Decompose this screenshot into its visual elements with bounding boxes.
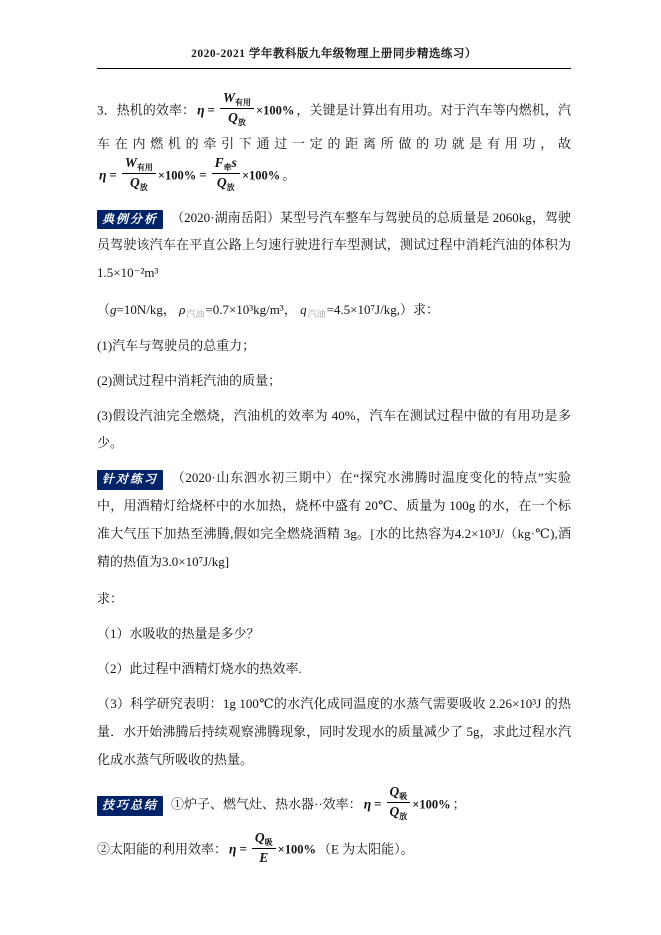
formula-stove-efficiency: η=Q吸Q放×100%: [364, 787, 451, 824]
fraction-denominator: Q放: [220, 109, 254, 127]
work-subscript: 有用: [137, 163, 153, 172]
calorific-subscript-gasoline: 汽油: [307, 309, 327, 319]
work-symbol: W: [125, 155, 137, 170]
question-text: （2）此过程中酒精灯烧水的热效率.: [97, 661, 302, 676]
fraction: Q吸Q放: [387, 785, 411, 822]
page-header: 2020-2021 学年教科版九年级物理上册同步精选练习）: [97, 45, 571, 69]
technique-summary-badge: 技巧总结: [97, 796, 163, 815]
equals-sign: =: [106, 167, 119, 182]
example-question-2: (2)测试过程中消耗汽油的质量；: [97, 367, 571, 395]
heat-subscript: 放: [140, 183, 148, 192]
times-100-percent: ×100%: [256, 103, 294, 117]
paragraph-heat-engine-efficiency: 3．热机的效率：η=W有用Q放×100%，关键是计算出有用功。对于汽车等内燃机，…: [97, 93, 571, 195]
fraction-numerator: Q吸: [387, 785, 411, 803]
heat-symbol: Q: [130, 175, 140, 190]
fraction-denominator: E: [252, 849, 276, 865]
practice-question-1: （1）水吸收的热量是多少？: [97, 620, 571, 648]
given-open: （: [97, 302, 110, 317]
practice-question-3: （3）科学研究表明：1g 100℃的水汽化成同温度的水蒸气需要吸收 2.26×1…: [97, 690, 571, 774]
absorbed-subscript: 吸: [399, 792, 407, 801]
formula-solar-efficiency: η=Q吸E×100%: [229, 833, 316, 868]
times-100-percent: ×100%: [278, 842, 316, 856]
calorific-value: =4.5×10⁷J/kg,）: [327, 302, 413, 317]
example-analysis-badge: 典例分析: [97, 210, 163, 229]
calorific-symbol: q: [300, 302, 307, 317]
eta-symbol: η: [364, 796, 371, 811]
fraction: W有用Q放: [122, 156, 156, 193]
traction-force-symbol: F: [215, 155, 224, 170]
document-page: 2020-2021 学年教科版九年级物理上册同步精选练习） 3．热机的效率：η=…: [0, 0, 661, 935]
work-symbol: W: [223, 90, 235, 105]
question-text: （3）科学研究表明：1g 100℃的水汽化成同温度的水蒸气需要吸收 2.26×1…: [97, 696, 571, 767]
equals-sign: =: [236, 841, 249, 856]
heat-subscript: 放: [227, 183, 235, 192]
heat-released-symbol: Q: [390, 804, 400, 819]
solar-energy-symbol: E: [259, 850, 268, 865]
heat-absorbed-symbol: Q: [390, 784, 400, 799]
paragraph-practice: 针对练习（2020·山东泗水初三期中）在“探究水沸腾时温度变化的特点”实验中，用…: [97, 464, 571, 576]
formula-efficiency-2: η=W有用Q放×100%=F牵sQ放×100%: [99, 158, 280, 195]
targeted-practice-badge: 针对练习: [97, 470, 163, 489]
heat-symbol: Q: [228, 110, 238, 125]
tip2-tail: （E 为太阳能）。: [318, 841, 414, 856]
paragraph-example: 典例分析（2020·湖南岳阳）某型号汽车整车与驾驶员的总质量是 2060kg，驾…: [97, 204, 571, 288]
practice-question-2: （2）此过程中酒精灯烧水的热效率.: [97, 655, 571, 683]
fraction-numerator: F牵s: [212, 156, 240, 174]
example-given-values: （g=10N/kg， ρ汽油=0.7×10³kg/m³， q汽油=4.5×10⁷…: [97, 296, 571, 324]
ask-label: 求：: [97, 591, 123, 606]
paragraph-tips-2: ②太阳能的利用效率：η=Q吸E×100%（E 为太阳能）。: [97, 833, 571, 868]
fraction-denominator: Q放: [212, 174, 240, 192]
page-content: 2020-2021 学年教科版九年级物理上册同步精选练习） 3．热机的效率：η=…: [0, 0, 661, 867]
example-question-3: (3)假设汽油完全燃烧，汽油机的效率为 40%，汽车在测试过程中做的有用功是多少…: [97, 402, 571, 458]
fraction-denominator: Q放: [122, 174, 156, 192]
fraction: W有用Q放: [220, 91, 254, 128]
fraction-numerator: W有用: [122, 156, 156, 174]
density-value: =0.7×10³kg/m³，: [205, 302, 296, 317]
paragraph-tips-1: 技巧总结①炉子、燃气灶、热水器··效率：η=Q吸Q放×100%；: [97, 787, 571, 824]
practice-ask: 求：: [97, 585, 571, 613]
tip2-lead: ②太阳能的利用效率：: [97, 841, 227, 856]
fraction-numerator: W有用: [220, 91, 254, 109]
eta-symbol: η: [197, 102, 204, 117]
point3-period: 。: [282, 167, 295, 182]
fraction: F牵sQ放: [212, 156, 240, 193]
times-100-percent: ×100%: [242, 168, 280, 182]
gravity-constant-value: =10N/kg，: [117, 302, 176, 317]
point3-lead: 3．热机的效率：: [97, 102, 195, 117]
equals-sign: =: [196, 167, 209, 182]
question-text: (2)测试过程中消耗汽油的质量；: [97, 373, 281, 388]
traction-subscript: 牵: [224, 163, 232, 172]
ask-label: 求：: [413, 302, 439, 317]
practice-text: （2020·山东泗水初三期中）在“探究水沸腾时温度变化的特点”实验中，用酒精灯给…: [97, 470, 571, 569]
fraction-denominator: Q放: [387, 803, 411, 821]
question-text: (1)汽车与驾驶员的总重力；: [97, 338, 255, 353]
released-subscript: 放: [399, 812, 407, 821]
example-question-1: (1)汽车与驾驶员的总重力；: [97, 332, 571, 360]
heat-absorbed-symbol: Q: [255, 830, 265, 845]
example-text: （2020·湖南岳阳）某型号汽车整车与驾驶员的总质量是 2060kg，驾驶员驾驶…: [97, 210, 571, 281]
question-text: （1）水吸收的热量是多少？: [97, 626, 260, 641]
heat-subscript: 放: [238, 118, 246, 127]
formula-efficiency-1: η=W有用Q放×100%: [197, 93, 294, 130]
question-text: (3)假设汽油完全燃烧，汽油机的效率为 40%，汽车在测试过程中做的有用功是多少…: [97, 408, 571, 451]
header-title: 2020-2021 学年教科版九年级物理上册同步精选练习）: [191, 48, 477, 60]
distance-symbol: s: [232, 155, 237, 170]
fraction: Q吸E: [252, 831, 276, 866]
density-subscript-gasoline: 汽油: [185, 309, 205, 319]
work-subscript: 有用: [235, 98, 251, 107]
fraction-numerator: Q吸: [252, 831, 276, 849]
tip1-lead: ①炉子、燃气灶、热水器··效率：: [171, 796, 362, 811]
tip1-tail: ；: [453, 796, 466, 811]
heat-symbol: Q: [217, 175, 227, 190]
times-100-percent: ×100%: [412, 797, 450, 811]
absorbed-subscript: 吸: [265, 838, 273, 847]
times-100-percent: ×100%: [158, 168, 196, 182]
equals-sign: =: [205, 102, 218, 117]
equals-sign: =: [371, 796, 384, 811]
